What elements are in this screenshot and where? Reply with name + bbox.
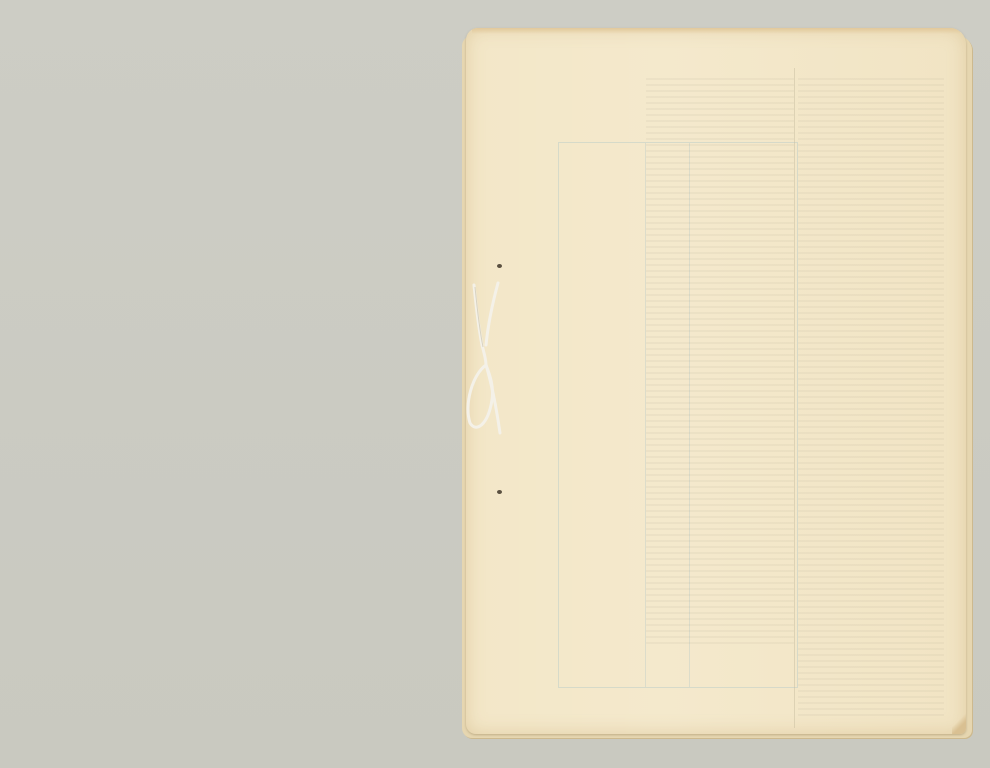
string-tie-icon [462, 275, 512, 445]
worn-corner [952, 710, 966, 734]
column-divider [794, 68, 795, 728]
bleed-through-text-column-1 [646, 78, 794, 646]
bleed-through-text-column-2 [798, 78, 944, 718]
binding-hole-top [497, 264, 502, 268]
document-page [466, 28, 966, 734]
binding-hole-bottom [497, 490, 502, 494]
worn-top-edge [472, 28, 960, 34]
